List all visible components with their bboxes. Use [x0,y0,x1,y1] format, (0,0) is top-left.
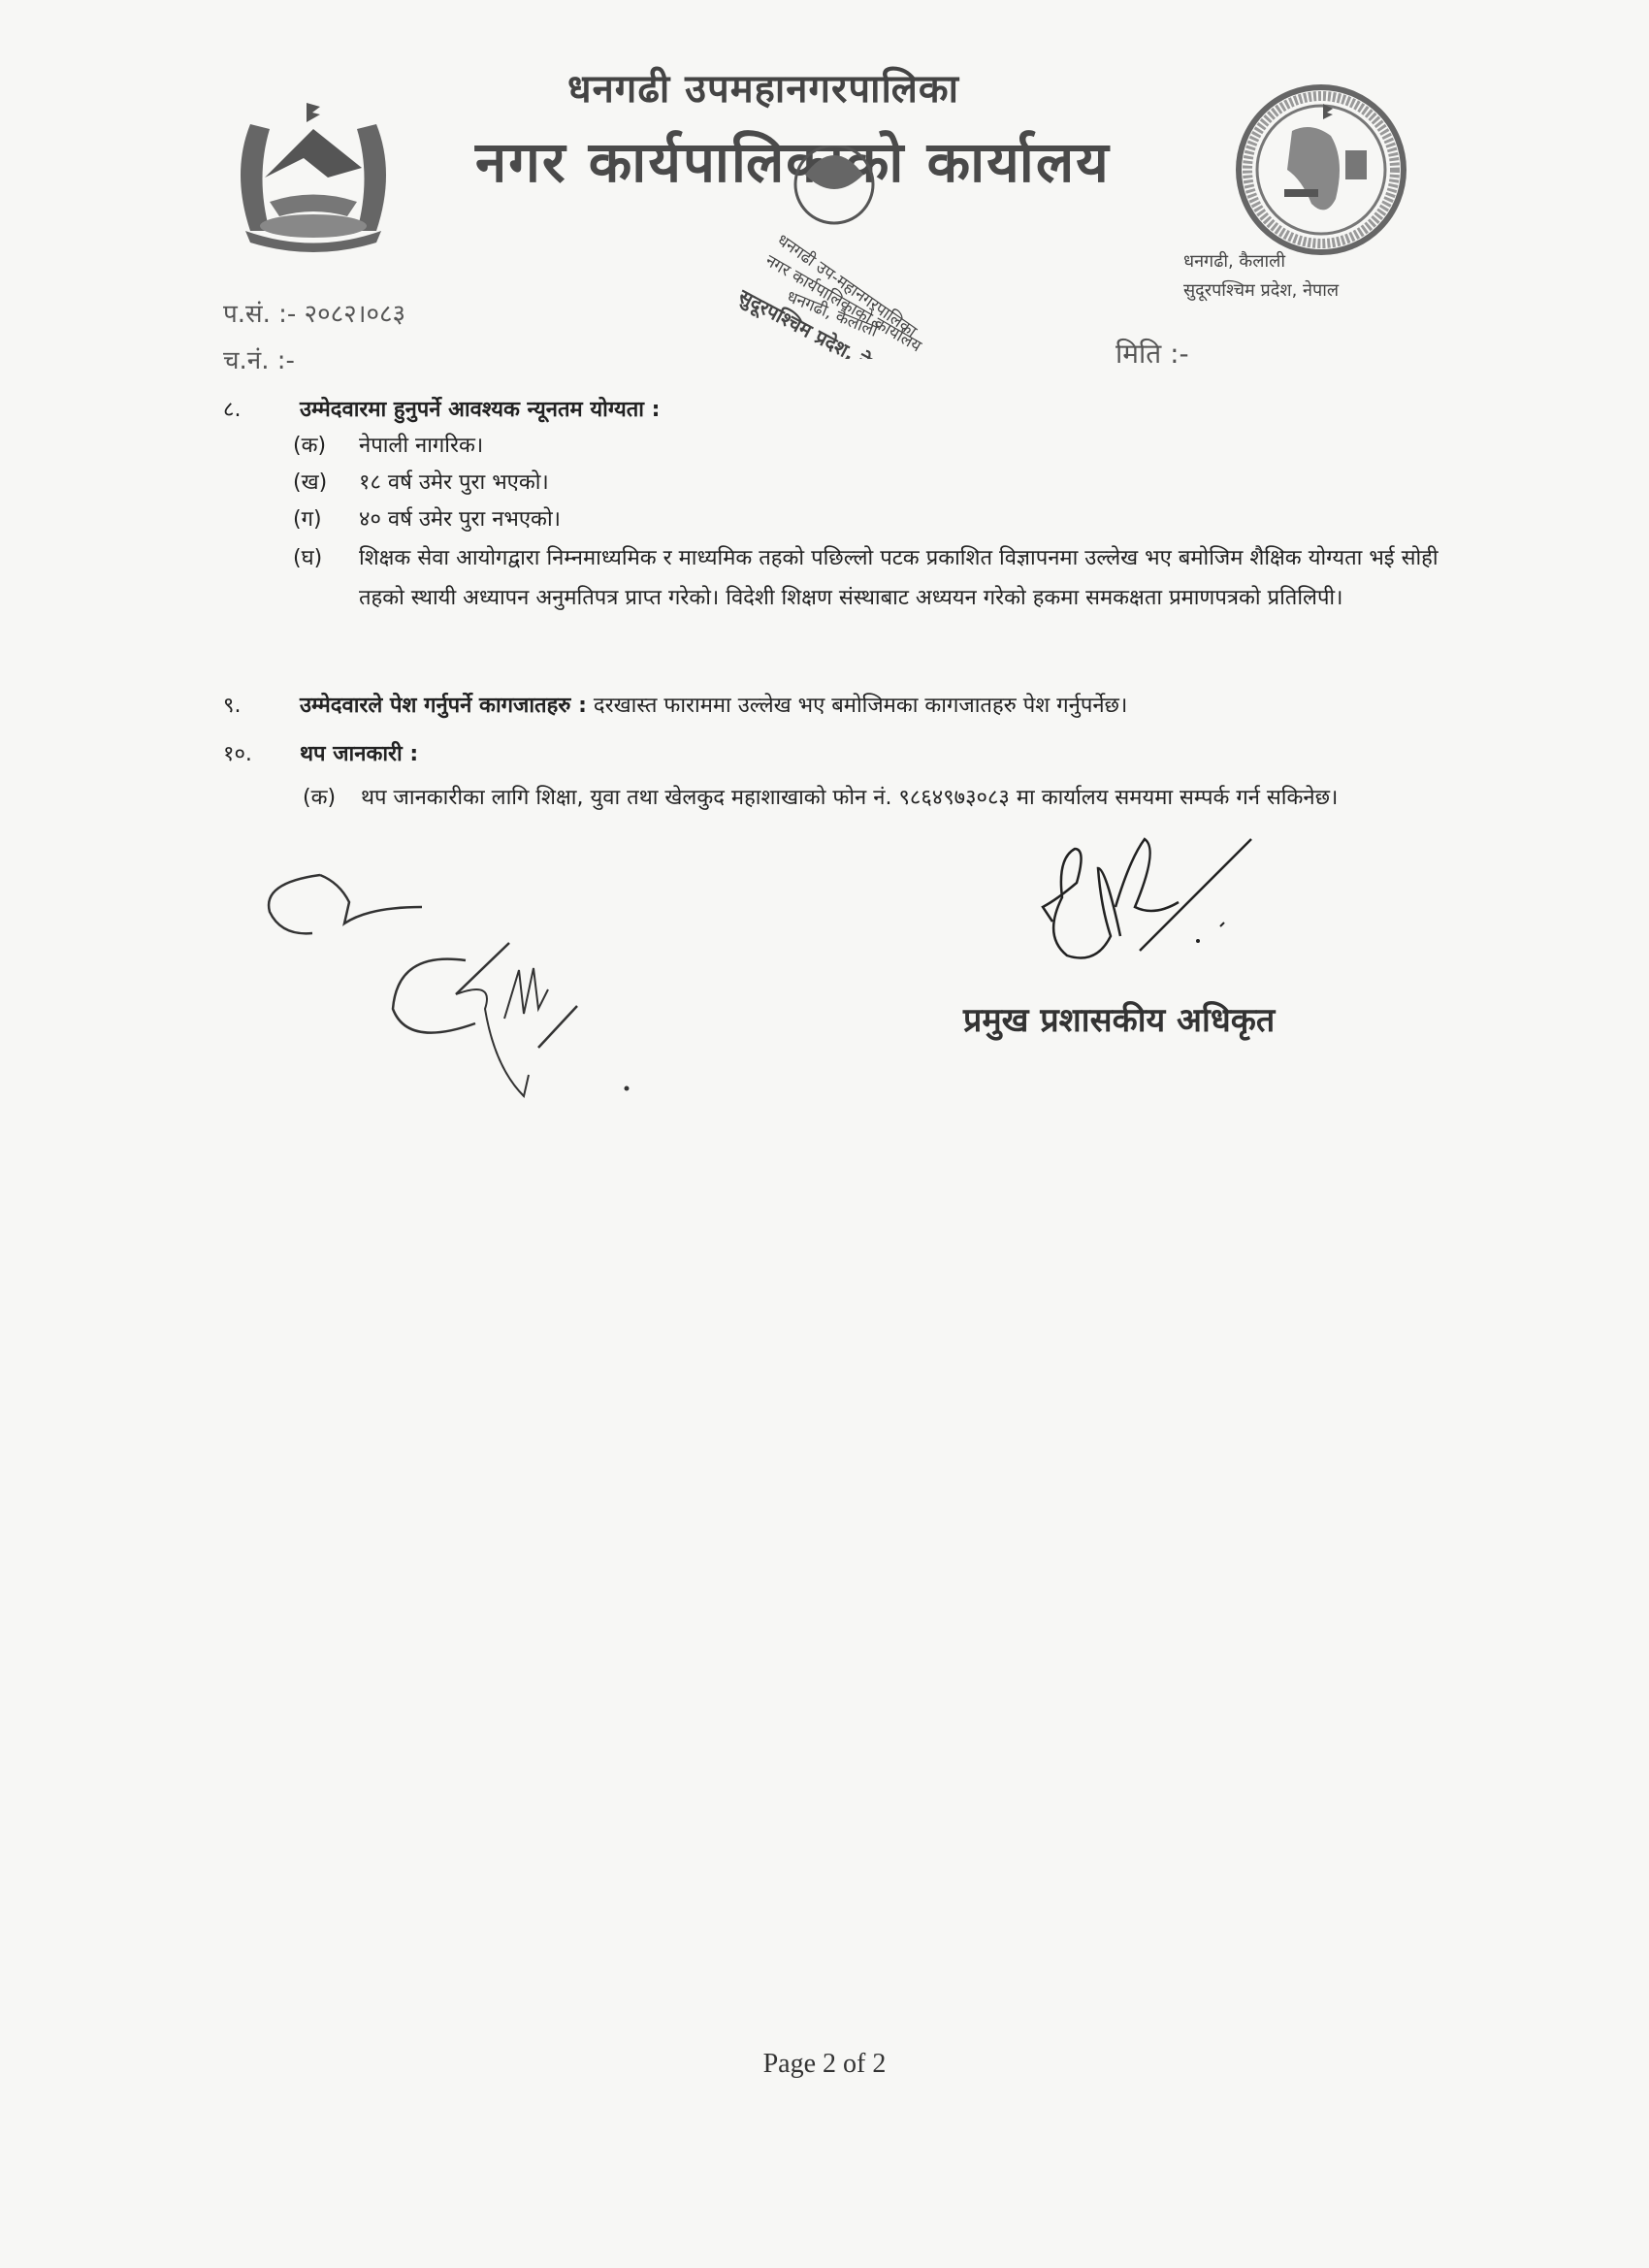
list-item: (ख) १८ वर्ष उमेर पुरा भएको। [293,465,1445,502]
section-number: ८. [223,393,293,428]
office-address: धनगढी, कैलाली सुदूरपश्चिम प्रदेश, नेपाल [1183,247,1339,306]
section-title: उम्मेदवारले पेश गर्नुपर्ने कागजातहरु : [300,694,587,718]
signature-left [242,863,650,1116]
nepal-coat-of-arms-icon [211,85,415,260]
address-line-1: धनगढी, कैलाली [1183,247,1339,276]
signature-right [999,829,1261,994]
section-10: १०. थप जानकारी : (क) थप जानकारीका लागि श… [223,737,1457,819]
signatory-title: प्रमुख प्रशासकीय अधिकृत [963,996,1275,1041]
letter-number-label: प.सं. :- [223,300,296,329]
list-item: (क) नेपाली नागरिक। [293,428,1445,465]
letter-number-value: २०८२।०८३ [305,300,406,329]
list-item: (ग) ४० वर्ष उमेर पुरा नभएको। [293,502,1445,538]
section-number: १०. [223,737,293,772]
office-stamp: धनगढी उप-महानगरपालिका नगर कार्यपालिकाको … [698,146,970,359]
reference-block: प.सं. :- २०८२।०८३ च.नं. :- [223,291,405,384]
section-8: ८. उम्मेदवारमा हुनुपर्ने आवश्यक न्यूनतम … [223,393,1445,618]
letter-number: प.सं. :- २०८२।०८३ [223,291,405,338]
dispatch-number: च.नं. :- [223,338,405,384]
section-title: थप जानकारी : [300,742,418,766]
address-line-2: सुदूरपश्चिम प्रदेश, नेपाल [1183,276,1339,306]
date-label: मिति :- [1115,335,1189,372]
list-item: (घ) शिक्षक सेवा आयोगद्वारा निम्नमाध्यमिक… [293,538,1445,618]
section-title: उम्मेदवारमा हुनुपर्ने आवश्यक न्यूनतम योग… [300,398,660,422]
list-item: (क) थप जानकारीका लागि शिक्षा, युवा तथा ख… [303,778,1457,819]
section-body: दरखास्त फाराममा उल्लेख भए बमोजिमका कागजा… [594,694,1127,718]
section-number: ९. [223,689,293,724]
municipality-name: धनगढी उपमहानगरपालिका [567,60,959,113]
section-9: ९. उम्मेदवारले पेश गर्नुपर्ने कागजातहरु … [223,689,1127,724]
dhangadhi-municipality-seal-icon [1234,82,1408,257]
page-number: Page 2 of 2 [0,2049,1649,2080]
